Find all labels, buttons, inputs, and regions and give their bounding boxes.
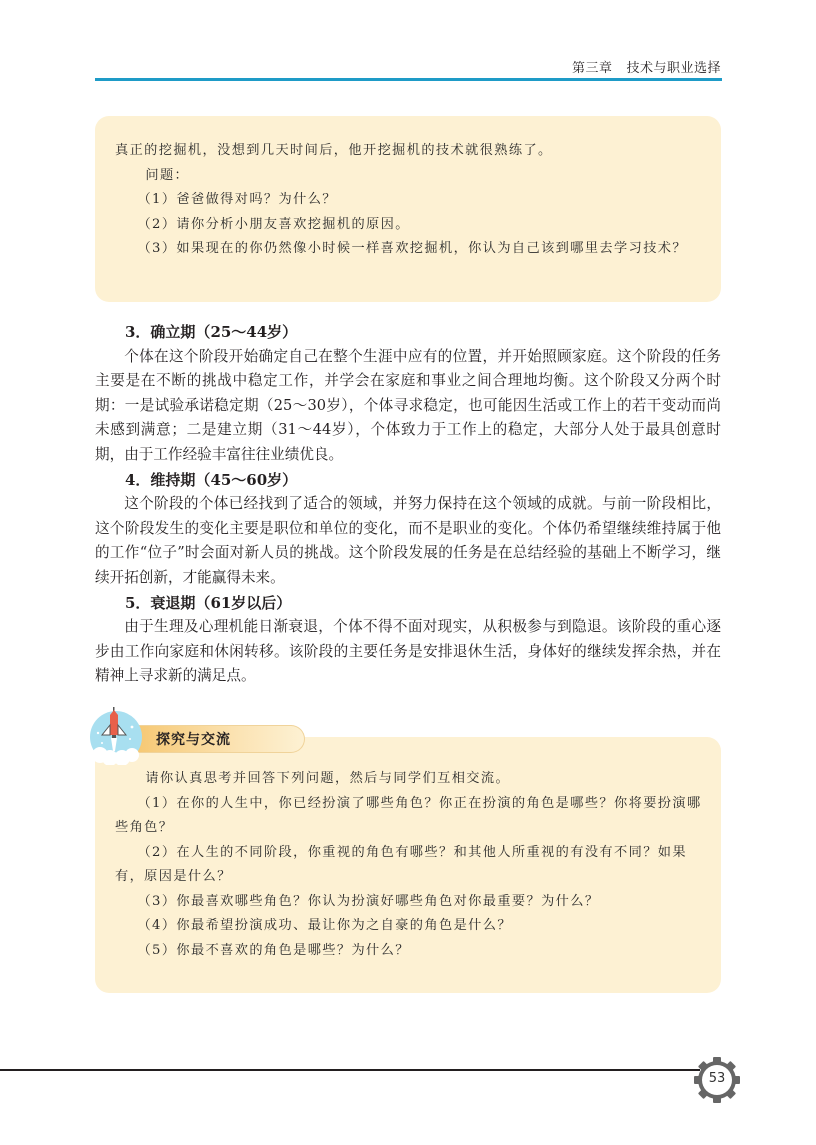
question-heading: 问题：	[115, 164, 703, 189]
section-body: 这个阶段的个体已经找到了适合的领域，并努力保持在这个领域的成就。与前一阶段相比，…	[95, 492, 721, 590]
activity-question: （2）在人生的不同阶段，你重视的角色有哪些？和其他人所重视的有没有不同？如果有，…	[115, 841, 703, 890]
question-item: （2）请你分析小朋友喜欢挖掘机的原因。	[115, 213, 703, 238]
activity-label: 探究与交流	[156, 729, 231, 749]
running-header: 第三章技术与职业选择	[572, 57, 721, 76]
section-body: 由于生理及心理机能日渐衰退，个体不得不面对现实，从积极参与到隐退。该阶段的重心逐…	[95, 615, 721, 689]
question-item: （1）爸爸做得对吗？为什么？	[115, 188, 703, 213]
activity-question: （3）你最喜欢哪些角色？你认为扮演好哪些角色对你最重要？为什么？	[115, 890, 703, 915]
section-body: 个体在这个阶段开始确定自己在整个生涯中应有的位置，并开始照顾家庭。这个阶段的任务…	[95, 345, 721, 468]
rocket-icon	[86, 703, 150, 765]
activity-badge: 探究与交流	[86, 703, 286, 765]
main-text: 3．确立期（25～44岁） 个体在这个阶段开始确定自己在整个生涯中应有的位置，并…	[95, 320, 721, 689]
activity-question: （1）在你的人生中，你已经扮演了哪些角色？你正在扮演的角色是哪些？你将要扮演哪些…	[115, 792, 703, 841]
activity-question: （4）你最希望扮演成功、最让你为之自豪的角色是什么？	[115, 914, 703, 939]
section-heading: 3．确立期（25～44岁）	[95, 320, 721, 345]
chapter-title: 技术与职业选择	[626, 61, 721, 76]
case-study-box: 真正的挖掘机，没想到几天时间后，他开挖掘机的技术就很熟练了。 问题： （1）爸爸…	[95, 116, 721, 302]
section-heading: 4．维持期（45～60岁）	[95, 468, 721, 493]
section-heading: 5．衰退期（61岁以后）	[95, 591, 721, 616]
case-text-line: 真正的挖掘机，没想到几天时间后，他开挖掘机的技术就很熟练了。	[115, 139, 703, 164]
question-item: （3）如果现在的你仍然像小时候一样喜欢挖掘机，你认为自己该到哪里去学习技术？	[115, 237, 703, 262]
activity-intro: 请你认真思考并回答下列问题，然后与同学们互相交流。	[115, 767, 703, 792]
activity-box: 请你认真思考并回答下列问题，然后与同学们互相交流。 （1）在你的人生中，你已经扮…	[95, 737, 721, 993]
activity-question: （5）你最不喜欢的角色是哪些？为什么？	[115, 939, 703, 964]
chapter-number: 第三章	[572, 61, 613, 76]
footer-rule	[0, 1069, 700, 1071]
activity-label-tab: 探究与交流	[136, 725, 305, 753]
header-rule	[95, 78, 722, 81]
page-number: 53	[693, 1071, 741, 1086]
